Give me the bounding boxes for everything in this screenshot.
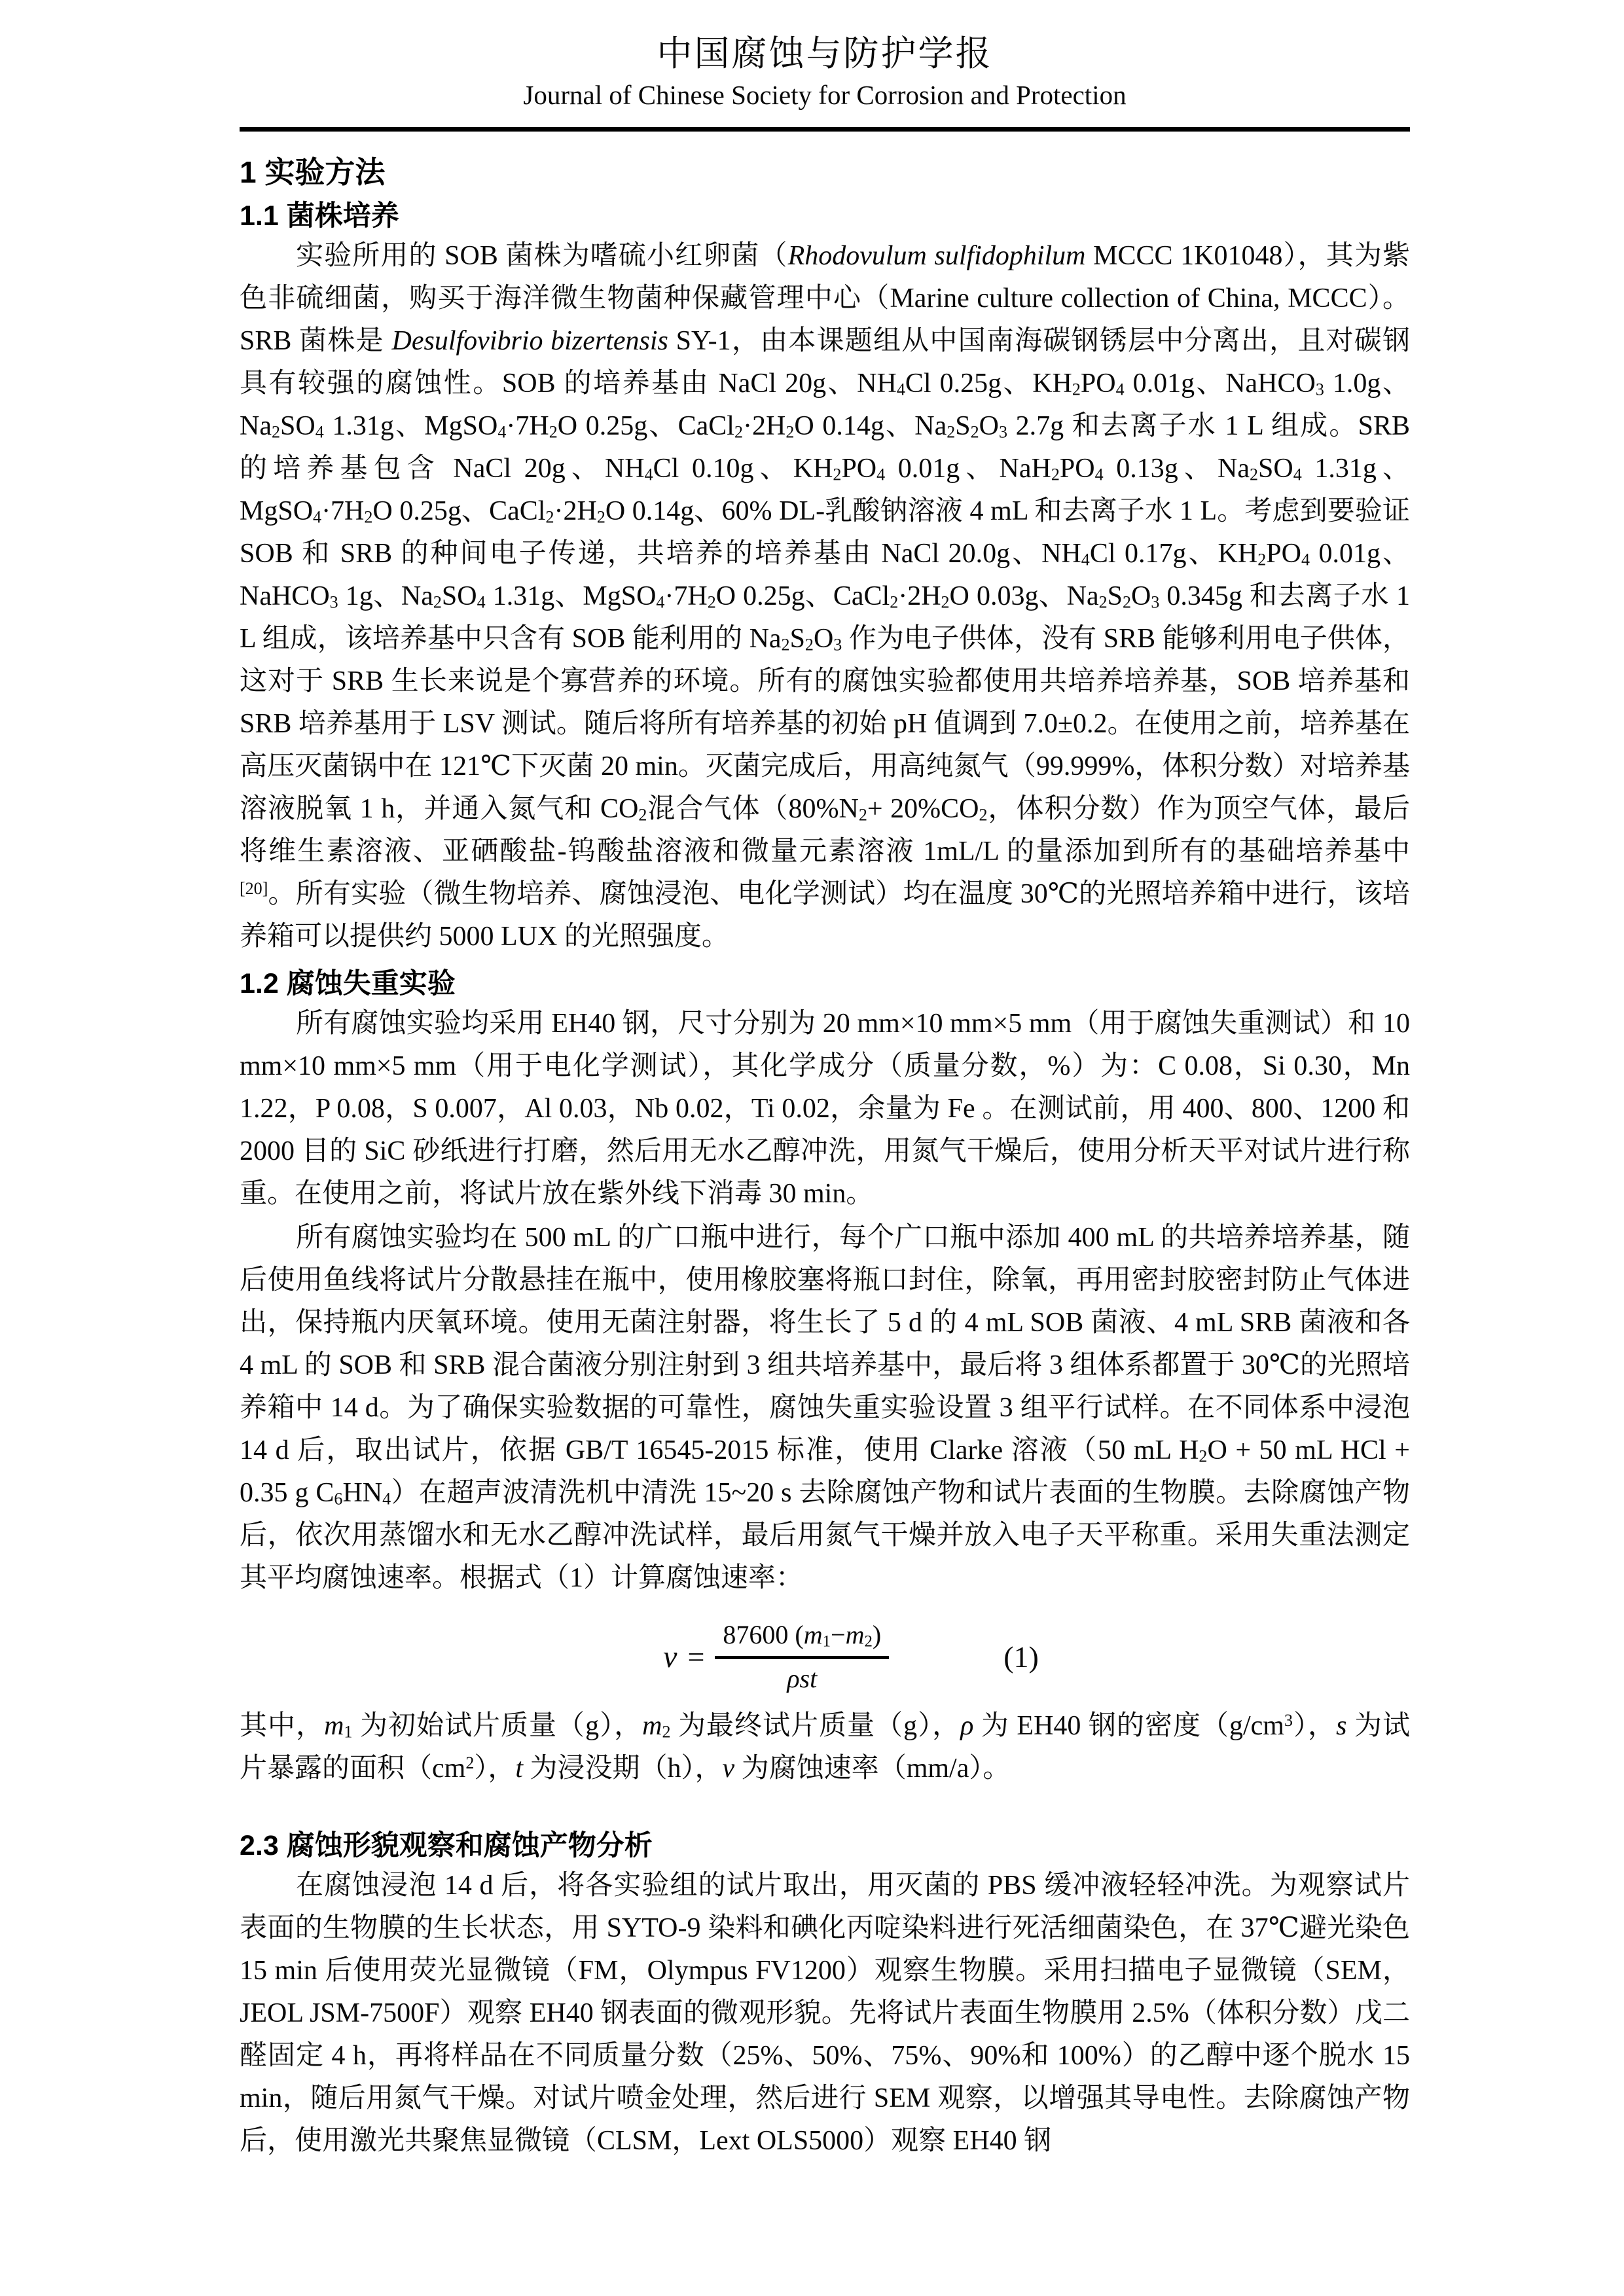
equation-1: v = 87600 (m1−m2) ρst (1) [266,1618,1436,1696]
paragraph-formula-variables: 其中，m1 为初始试片质量（g），m2 为最终试片质量（g），ρ 为 EH40 … [240,1705,1410,1790]
subsection-heading-weight-loss: 1.2 腐蚀失重实验 [240,966,1410,1001]
section-heading-experimental-methods: 1 实验方法 [240,154,1410,190]
paragraph-strain-culture: 实验所用的 SOB 菌株为嗜硫小红卵菌（Rhodovulum sulfidoph… [240,235,1410,958]
subsection-heading-strain-culture: 1.1 菌株培养 [240,198,1410,234]
paragraph-weight-loss-procedure: 所有腐蚀实验均在 500 mL 的广口瓶中进行，每个广口瓶中添加 400 mL … [240,1217,1410,1600]
page: 中国腐蚀与防护学报 Journal of Chinese Society for… [0,0,1624,2296]
journal-title-chinese: 中国腐蚀与防护学报 [240,33,1410,75]
journal-header: 中国腐蚀与防护学报 Journal of Chinese Society for… [240,33,1410,132]
paragraph-morphology: 在腐蚀浸泡 14 d 后，将各实验组的试片取出，用灭菌的 PBS 缓冲液轻轻冲洗… [240,1865,1410,2162]
article-body: 1 实验方法 1.1 菌株培养 实验所用的 SOB 菌株为嗜硫小红卵菌（Rhod… [240,154,1410,2162]
equation-number: (1) [1003,1640,1039,1674]
equation-numerator: 87600 (m1−m2) [715,1618,889,1659]
paragraph-weight-loss-specimens: 所有腐蚀实验均采用 EH40 钢，尺寸分别为 20 mm×10 mm×5 mm（… [240,1003,1410,1215]
header-divider [240,127,1410,132]
subsection-heading-morphology: 2.3 腐蚀形貌观察和腐蚀产物分析 [240,1828,1410,1863]
journal-title-english: Journal of Chinese Society for Corrosion… [240,77,1410,113]
equation-lhs: v [663,1639,677,1675]
equation-denominator: ρst [787,1659,817,1696]
equation-equals-sign: = [687,1640,704,1674]
equation-fraction: 87600 (m1−m2) ρst [715,1618,889,1696]
